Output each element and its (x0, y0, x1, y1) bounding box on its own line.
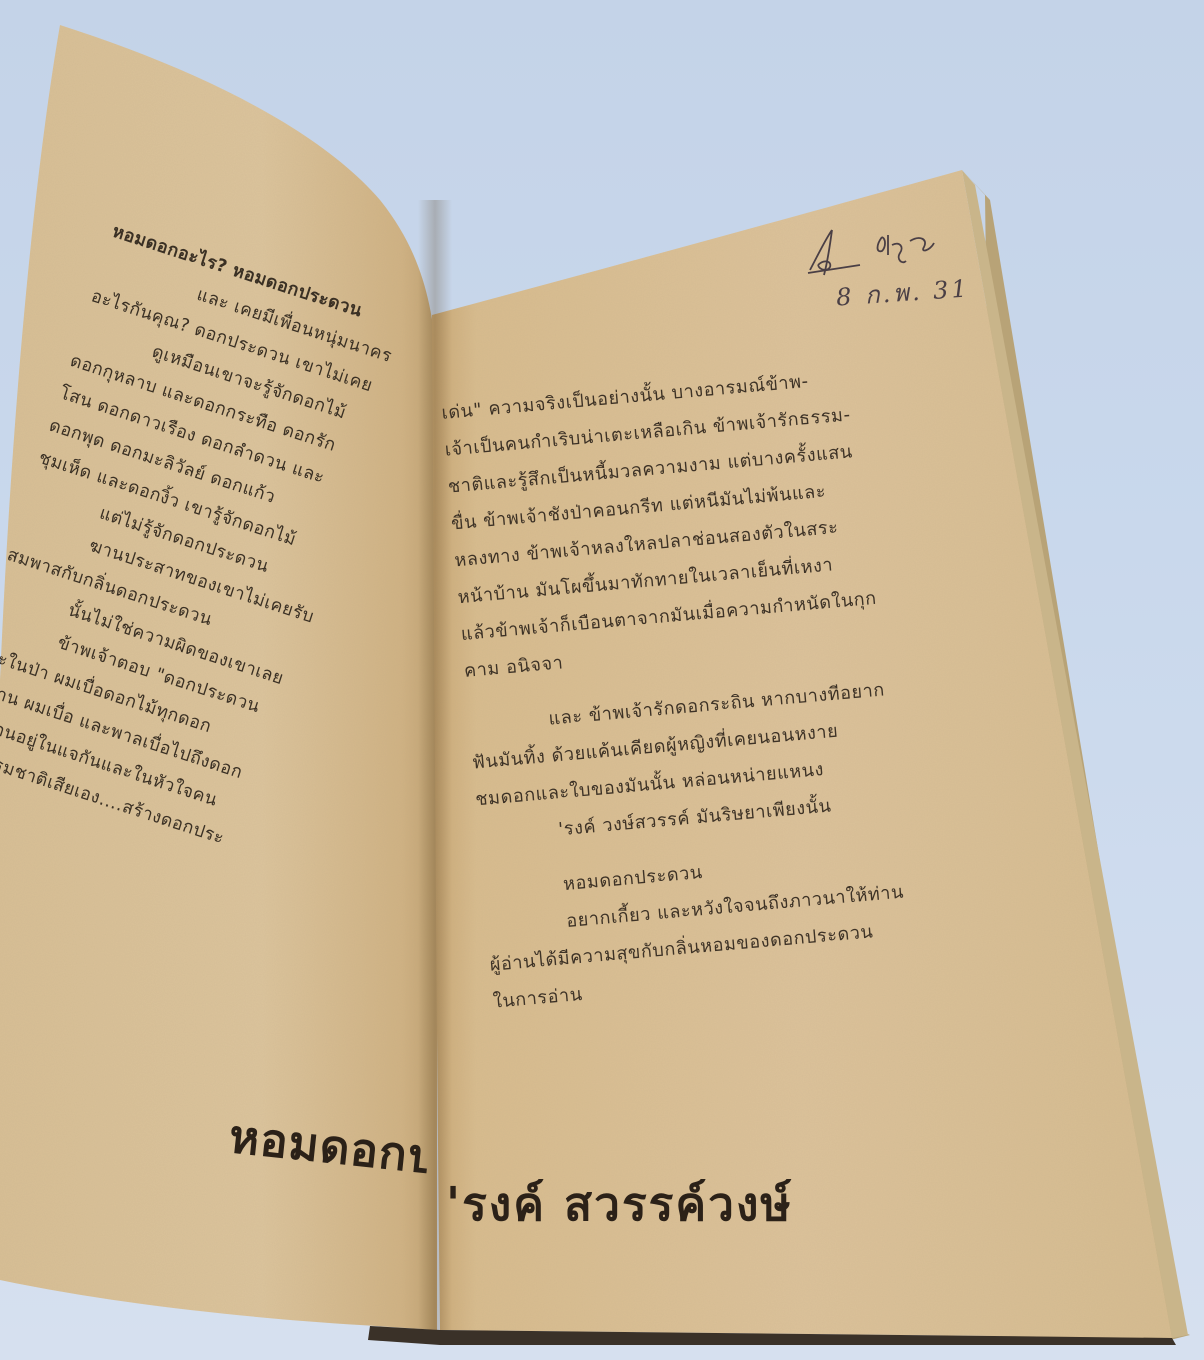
right-page: เด่น" ความจริงเป็นอย่างนั้น บางอารมณ์ข้า… (0, 0, 1204, 1360)
handwritten-signature-note: 8 ก.พ. 31 (800, 225, 970, 315)
right-page-text: เด่น" ความจริงเป็นอย่างนั้น บางอารมณ์ข้า… (440, 353, 973, 1020)
handwritten-date: 8 ก.พ. 31 (835, 268, 971, 316)
book-author-right: 'รงค์ สวรรค์วงษ์ (446, 1168, 793, 1241)
book-photo-scene: หอมดอกอะไร? หอมดอกประดวน และ เคยมีเพื่อน… (0, 0, 1204, 1360)
